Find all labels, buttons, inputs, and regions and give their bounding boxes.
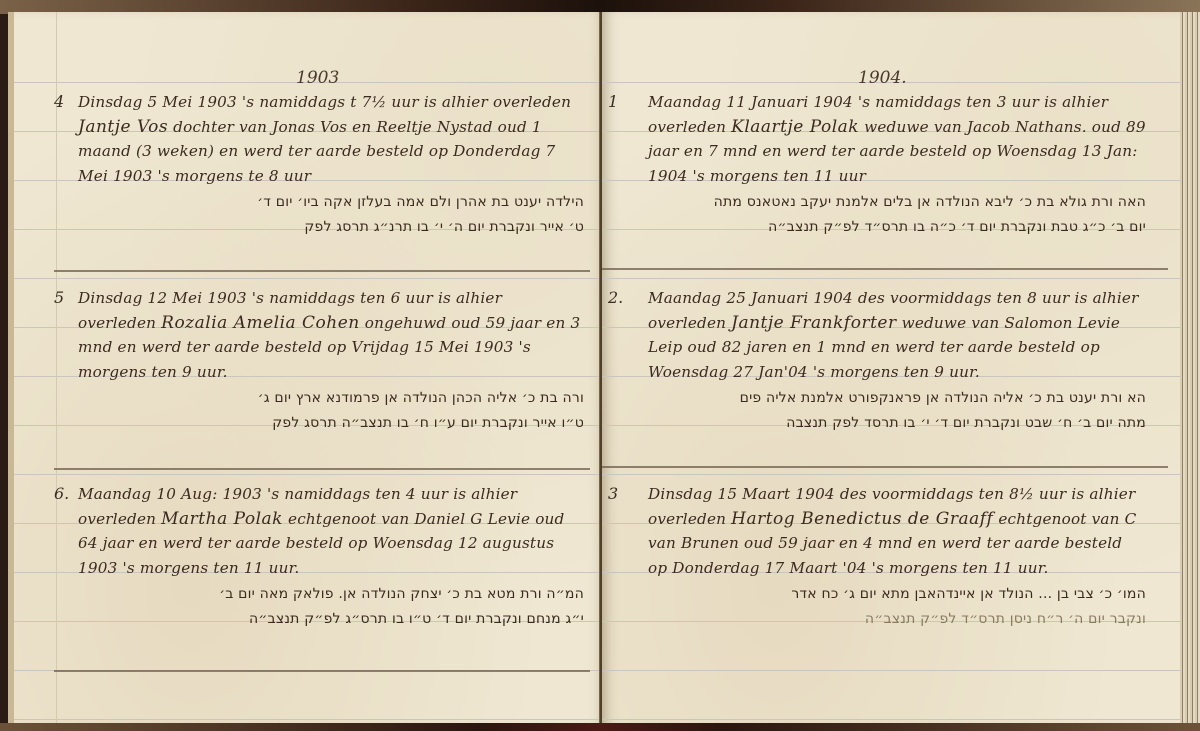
entry-divider [54,270,590,272]
hebrew-line-1: המ״ה ורת מטא בת כ׳ יצחק הנולדה אן. פולאק… [78,582,584,607]
entry-divider [602,466,1168,468]
entry-number: 6. [54,484,69,503]
deceased-name: Jantje Vos [78,117,168,137]
entry-text-pre: Dinsdag 5 Mei 1903 's namiddags t 7½ uur… [78,93,571,111]
page-year: 1903 [296,68,339,88]
right-page: 1904. 1 Maandag 11 Januari 1904 's namid… [602,12,1180,727]
page-edges [1180,12,1200,727]
entry-text: Dinsdag 12 Mei 1903 's namiddags ten 6 u… [78,286,584,435]
hebrew-line-1: הא ורת יענט בת כ׳ אליה הנולדה אן פראנקפו… [648,386,1146,411]
entry-number: 3 [608,484,618,503]
deceased-name: Rozalia Amelia Cohen [161,313,360,333]
hebrew-inscription: המו׳ כ׳ צבי בן ... הנולד אן איינדהאבן מת… [648,582,1146,631]
deceased-name: Jantje Frankforter [731,313,896,333]
hebrew-line-2: ט״ו אייר ונקברת יום ע״ו ח׳ בו תנצב״ה תרס… [78,411,584,436]
entry-text: Maandag 11 Januari 1904 's namiddags ten… [648,90,1146,239]
deceased-name: Klaartje Polak [731,117,859,137]
hebrew-inscription: הילדה יענט בת אהרן ולם אמה בעלזן אקה ביו… [78,190,584,239]
hebrew-inscription: הא ורת יענט בת כ׳ אליה הנולדה אן פראנקפו… [648,386,1146,435]
hebrew-line-2: יום ב׳ כ״ג טבת ונקברת יום ד׳ כ״ה בו תרס״… [648,215,1146,240]
hebrew-inscription: ורה בת כ׳ אליה הכהן הנולדה אן פרמודנא אר… [78,386,584,435]
hebrew-inscription: המ״ה ורת מטא בת כ׳ יצחק הנולדה אן. פולאק… [78,582,584,631]
hebrew-line-1: האה ורת גולא בת כ׳ ליבא הנולדה אן בלים א… [648,190,1146,215]
left-page: 1903 4 Dinsdag 5 Mei 1903 's namiddags t… [8,12,606,727]
hebrew-line-2: ונקבר יום ה׳ ר״ח ניסן תרס״ד לפ״ק תנצב״ה [648,607,1146,632]
entry-divider [54,468,590,470]
entry-number: 1 [608,92,618,111]
entry-number: 4 [54,92,64,111]
entry-text: Dinsdag 15 Maart 1904 des voormiddags te… [648,482,1146,631]
margin-line [56,12,57,727]
hebrew-line-1: המו׳ כ׳ צבי בן ... הנולד אן איינדהאבן מת… [648,582,1146,607]
entry-text: Maandag 10 Aug: 1903 's namiddags ten 4 … [78,482,584,631]
hebrew-line-1: הילדה יענט בת אהרן ולם אמה בעלזן אקה ביו… [78,190,584,215]
entry-text: Dinsdag 5 Mei 1903 's namiddags t 7½ uur… [78,90,584,239]
hebrew-inscription: האה ורת גולא בת כ׳ ליבא הנולדה אן בלים א… [648,190,1146,239]
hebrew-line-2: מתה יום ב׳ ח׳ שבט ונקברת יום ד׳ י׳ בו תר… [648,411,1146,436]
page-year: 1904. [858,68,907,88]
entry-number: 2. [608,288,623,307]
deceased-name: Martha Polak [161,509,283,529]
book-cover-bottom [0,723,1200,731]
deceased-name: Hartog Benedictus de Graaff [731,509,993,529]
hebrew-line-2: י״ג מנחם ונקברת יום ד׳ ט״ו בו תרס״ג לפ״ק… [78,607,584,632]
hebrew-line-2: ט׳ אייר ונקברת יום ה׳ י׳ בו תרנ״ג תרסג ל… [78,215,584,240]
hebrew-line-1: ורה בת כ׳ אליה הכהן הנולדה אן פרמודנא אר… [78,386,584,411]
entry-text: Maandag 25 Januari 1904 des voormiddags … [648,286,1146,435]
entry-number: 5 [54,288,64,307]
entry-divider [54,670,590,672]
entry-divider [602,268,1168,270]
